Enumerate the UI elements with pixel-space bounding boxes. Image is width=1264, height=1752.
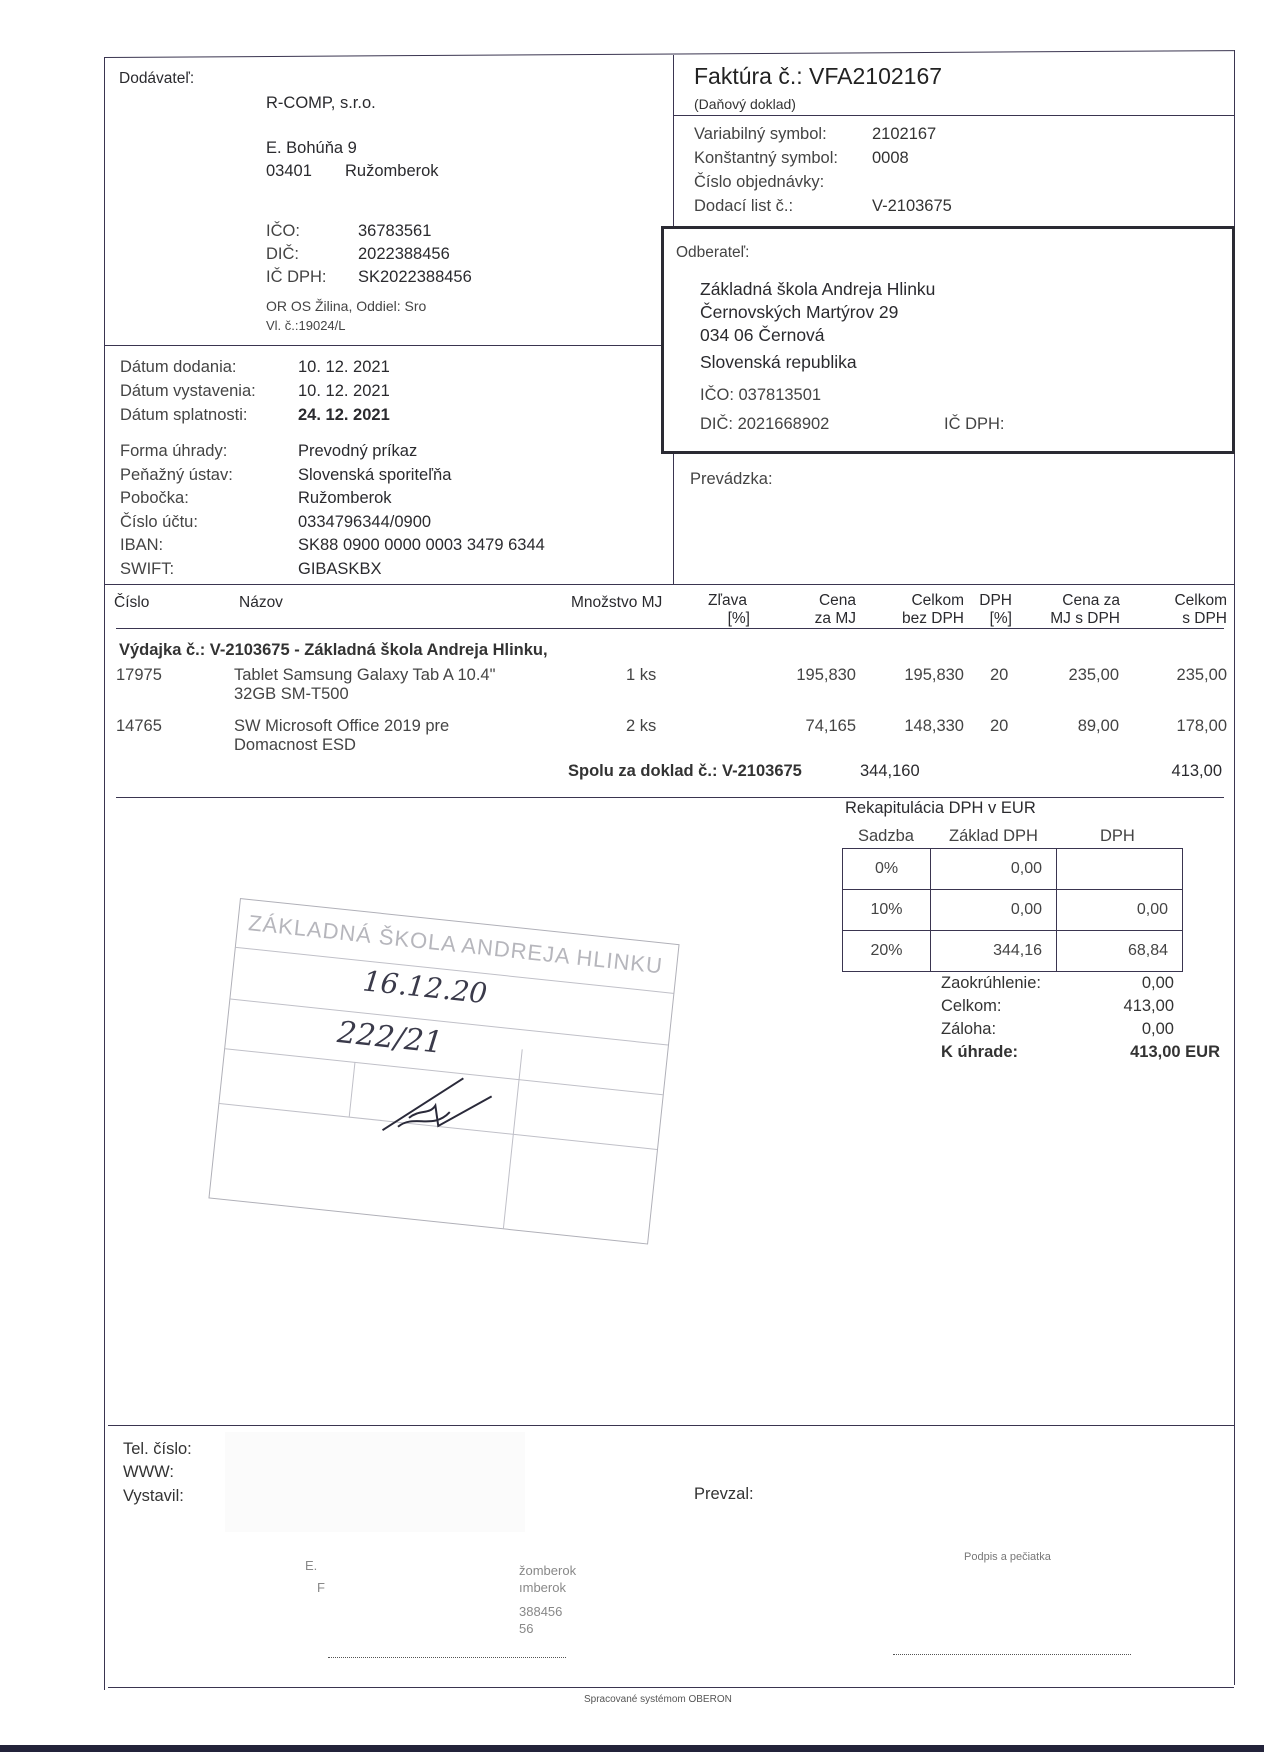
col-celkomdph: Celkoms DPH	[1140, 592, 1227, 628]
customer-ico: IČO: 037813501	[700, 386, 821, 405]
item-unit-price-vat: 89,00	[1030, 717, 1119, 736]
item-name-2: Domacnost ESD	[234, 736, 356, 755]
customer-street: Černovských Martýrov 29	[700, 302, 898, 323]
item-name-2: 32GB SM-T500	[234, 685, 349, 704]
item-number: 14765	[116, 717, 162, 736]
recap-total-value: 0,00	[1040, 974, 1174, 993]
invoice-title-divider	[673, 115, 1234, 116]
item-total-vat: 235,00	[1140, 666, 1227, 685]
www-label: WWW:	[123, 1463, 174, 1482]
recap-vat	[1057, 849, 1183, 890]
processed-by: Spracované systémom OBERON	[584, 1694, 732, 1705]
item-unit-price-vat: 235,00	[1030, 666, 1119, 685]
invoice-field-label: Číslo objednávky:	[694, 173, 824, 192]
recap-total-label: Záloha:	[941, 1020, 996, 1039]
date-label: Dátum splatnosti:	[120, 406, 247, 425]
customer-city: 034 06 Černová	[700, 325, 825, 346]
item-unit-price: 74,165	[776, 717, 856, 736]
redacted-contact	[225, 1432, 525, 1532]
recap-total-value: 413,00 EUR	[1040, 1043, 1220, 1062]
scan-edge-bar	[0, 1745, 1264, 1752]
supplier-label: Dodávateľ:	[119, 70, 194, 88]
stamp-handwritten-number: 222/21	[336, 1015, 445, 1061]
supplier-street: E. Bohúňa 9	[266, 139, 357, 158]
recap-base: 344,16	[931, 931, 1057, 972]
recap-table: 0%0,0010%0,000,0020%344,1668,84	[842, 848, 1183, 972]
payment-value: GIBASKBX	[298, 560, 381, 579]
prevzal-label: Prevzal:	[694, 1485, 754, 1504]
recap-title: Rekapitulácia DPH v EUR	[845, 799, 1036, 818]
customer-country: Slovenská republika	[700, 352, 857, 373]
item-quantity: 1 ks	[626, 666, 656, 685]
recap-base: 0,00	[931, 890, 1057, 931]
vystavil-label: Vystavil:	[123, 1487, 184, 1506]
item-total-vat: 178,00	[1140, 717, 1227, 736]
item-number: 17975	[116, 666, 162, 685]
received-stamp: ZÁKLADNÁ ŠKOLA ANDREJA HLINKU 16.12.20 2…	[208, 898, 679, 1245]
recap-vat: 0,00	[1057, 890, 1183, 931]
partial-stamp-text: 388456	[519, 1604, 562, 1619]
table-end-line	[116, 797, 1224, 798]
signature-label: Podpis a pečiatka	[964, 1551, 1051, 1563]
item-unit-price: 195,830	[776, 666, 856, 685]
date-value: 10. 12. 2021	[298, 358, 390, 377]
recap-row: 0%0,00	[843, 849, 1183, 890]
partial-stamp-text: ımberok	[519, 1580, 566, 1595]
customer-label: Odberateľ:	[676, 244, 749, 262]
date-label: Dátum vystavenia:	[120, 382, 256, 401]
payment-label: SWIFT:	[120, 560, 174, 579]
item-total-ex-vat: 195,830	[880, 666, 964, 685]
recap-total-label: K úhrade:	[941, 1043, 1018, 1062]
payment-value: Ružomberok	[298, 489, 392, 508]
payment-value: 0334796344/0900	[298, 513, 431, 532]
customer-name: Základná škola Andreja Hlinku	[700, 279, 935, 300]
recap-header-base: Základ DPH	[949, 827, 1038, 846]
payment-value: Slovenská sporiteľňa	[298, 466, 451, 485]
payment-value: SK88 0900 0000 0003 3479 6344	[298, 536, 545, 555]
item-vat-rate: 20	[990, 717, 1008, 736]
supplier-dic: 2022388456	[358, 245, 450, 264]
invoice-field-value: 2102167	[872, 125, 936, 144]
customer-dic: DIČ: 2021668902	[700, 415, 829, 434]
date-value: 24. 12. 2021	[298, 406, 390, 425]
item-quantity: 2 ks	[626, 717, 656, 736]
total-s-dph: 413,00	[1140, 762, 1222, 781]
recap-total-label: Zaokrúhlenie:	[941, 974, 1041, 993]
recap-base: 0,00	[931, 849, 1057, 890]
recap-row: 20%344,1668,84	[843, 931, 1183, 972]
col-cena: Cenaza MJ	[776, 592, 856, 628]
total-label: Spolu za doklad č.: V-2103675	[568, 762, 802, 781]
frame-left	[104, 57, 105, 1690]
payment-label: Peňažný ústav:	[120, 466, 233, 485]
col-zlava: Zľava[%]	[690, 592, 750, 628]
partial-stamp-text: E.	[305, 1558, 317, 1573]
invoice-field-value: V-2103675	[872, 197, 952, 216]
invoice-field-label: Dodací list č.:	[694, 197, 793, 216]
prevadzka-label: Prevádzka:	[690, 470, 773, 489]
tel-label: Tel. číslo:	[123, 1440, 192, 1459]
payment-label: Číslo účtu:	[120, 513, 198, 532]
invoice-field-label: Variabilný symbol:	[694, 125, 827, 144]
date-label: Dátum dodania:	[120, 358, 237, 377]
frame-bottom	[108, 1687, 1234, 1688]
invoice-field-value: 0008	[872, 149, 909, 168]
recap-row: 10%0,000,00	[843, 890, 1183, 931]
supplier-ico: 36783561	[358, 222, 431, 241]
issuer-signature-line	[328, 1657, 566, 1658]
recap-header-vat: DPH	[1100, 827, 1135, 846]
footer-top-line	[108, 1425, 1234, 1426]
partial-stamp-text: 56	[519, 1621, 533, 1636]
customer-box: Odberateľ: Základná škola Andreja Hlinku…	[661, 226, 1235, 454]
supplier-register-2: Vl. č.:19024/L	[266, 318, 346, 333]
recap-vat: 68,84	[1057, 931, 1183, 972]
frame-top	[104, 50, 1234, 58]
invoice-title: Faktúra č.: VFA2102167	[694, 63, 942, 90]
group-title: Výdajka č.: V-2103675 - Základná škola A…	[119, 641, 548, 660]
date-value: 10. 12. 2021	[298, 382, 390, 401]
supplier-register-1: OR OS Žilina, Oddiel: Sro	[266, 298, 426, 314]
col-celkom: Celkombez DPH	[880, 592, 964, 628]
supplier-zip: 03401	[266, 162, 312, 181]
supplier-dic-label: DIČ:	[266, 245, 299, 264]
supplier-name: R-COMP, s.r.o.	[266, 94, 376, 113]
recap-rate: 0%	[843, 849, 931, 890]
item-name-1: SW Microsoft Office 2019 pre	[234, 717, 449, 736]
invoice-subtitle: (Daňový doklad)	[694, 96, 796, 112]
recap-total-value: 413,00	[1040, 997, 1174, 1016]
col-dph: DPH[%]	[970, 592, 1012, 628]
supplier-icdph: SK2022388456	[358, 268, 472, 287]
item-vat-rate: 20	[990, 666, 1008, 685]
col-mnozstvo: Množstvo MJ	[571, 594, 662, 612]
divider-mid-top	[673, 55, 674, 227]
col-cislo: Číslo	[114, 594, 149, 612]
col-nazov: Názov	[239, 594, 283, 612]
table-top-line	[104, 584, 1234, 585]
recap-header-rate: Sadzba	[858, 827, 914, 846]
payment-value: Prevodný príkaz	[298, 442, 417, 461]
recap-rate: 10%	[843, 890, 931, 931]
recap-total-label: Celkom:	[941, 997, 1002, 1016]
partial-stamp-text: žomberok	[519, 1563, 576, 1578]
supplier-divider	[104, 345, 661, 346]
payment-label: Forma úhrady:	[120, 442, 227, 461]
customer-icdph: IČ DPH:	[944, 415, 1005, 434]
table-header-bottom	[116, 628, 1224, 629]
divider-mid-bottom	[673, 454, 674, 584]
payment-label: IBAN:	[120, 536, 163, 555]
receiver-signature-line	[893, 1654, 1131, 1655]
recap-rate: 20%	[843, 931, 931, 972]
invoice-field-label: Konštantný symbol:	[694, 149, 838, 168]
total-bez-dph: 344,160	[860, 762, 948, 781]
supplier-icdph-label: IČ DPH:	[266, 268, 327, 287]
item-total-ex-vat: 148,330	[880, 717, 964, 736]
supplier-ico-label: IČO:	[266, 222, 300, 241]
item-name-1: Tablet Samsung Galaxy Tab A 10.4"	[234, 666, 495, 685]
signature-icon	[377, 1065, 504, 1147]
recap-total-value: 0,00	[1040, 1020, 1174, 1039]
supplier-city: Ružomberok	[345, 162, 439, 181]
payment-label: Pobočka:	[120, 489, 189, 508]
partial-stamp-text: F	[317, 1580, 325, 1595]
col-cenadph: Cena zaMJ s DPH	[1030, 592, 1120, 628]
